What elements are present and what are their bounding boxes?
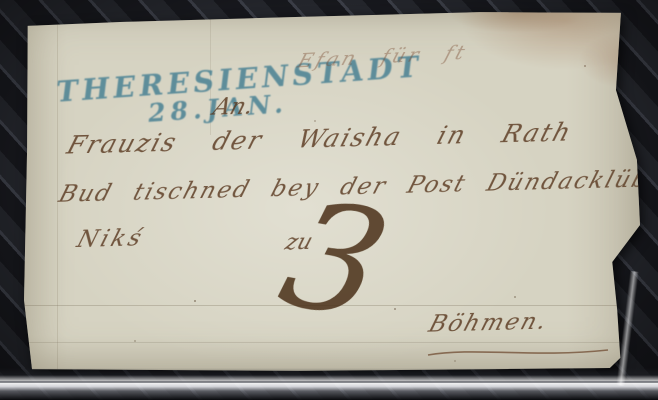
clear-sleeve-bottom-highlight <box>0 368 658 400</box>
vertical-fold-line <box>57 10 58 372</box>
manuscript-address-line-3: Nikś <box>74 225 148 253</box>
destination-region: Böhmen. <box>426 308 552 337</box>
paper-specks <box>194 300 196 302</box>
underline-flourish <box>424 344 614 360</box>
photo-of-postal-cover: THERESIENSTADT 28.JAN. Efan für ft An. F… <box>0 0 658 400</box>
letter-paper: THERESIENSTADT 28.JAN. Efan für ft An. F… <box>24 10 640 372</box>
letter-shadow-wrap: THERESIENSTADT 28.JAN. Efan für ft An. F… <box>0 0 658 400</box>
manuscript-salutation: An. <box>210 93 257 120</box>
manuscript-address-line-1: Frauzis der Waisha in Rath <box>64 117 576 159</box>
rate-marking-3: 3 <box>268 180 402 339</box>
faint-docket-note: Efan für ft <box>295 40 471 73</box>
